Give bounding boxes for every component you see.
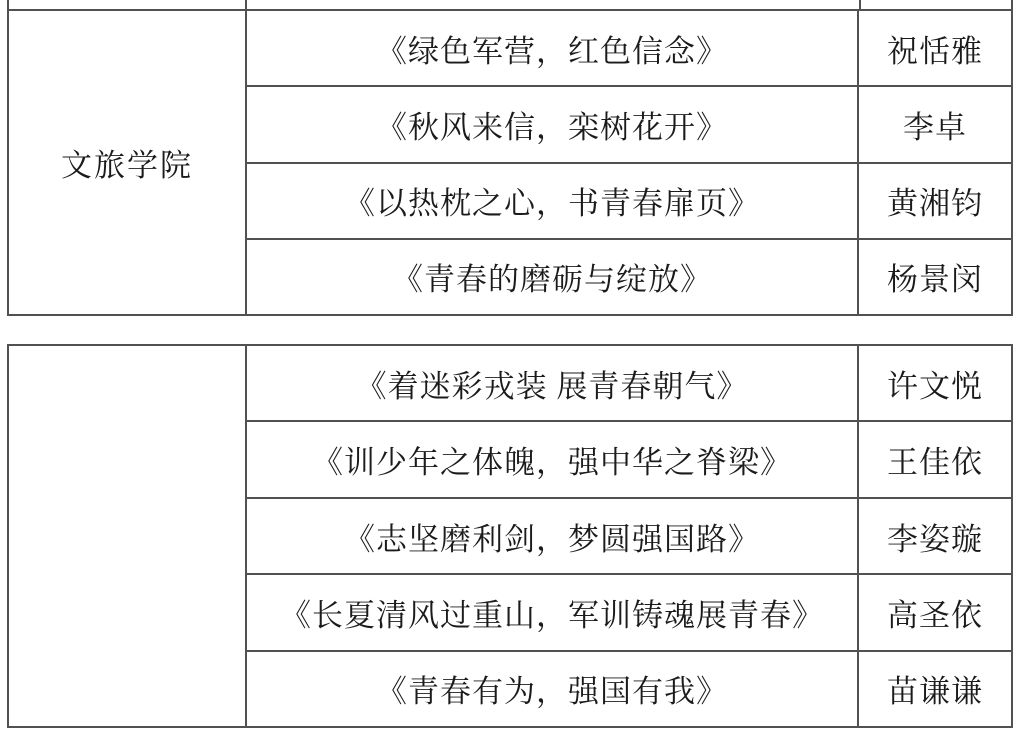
author-cell: 王佳依 <box>857 422 1011 496</box>
table-row: 《绿色军营，红色信念》 祝恬雅 <box>247 11 1011 87</box>
table-section-1: 文旅学院 《绿色军营，红色信念》 祝恬雅 《秋风来信，栾树花开》 李卓 《以热枕… <box>7 9 1013 316</box>
title-cell: 《长夏清风过重山，军训铸魂展青春》 <box>247 575 857 649</box>
grid-line <box>859 0 861 9</box>
table-row: 《训少年之体魄，强中华之脊梁》 王佳依 <box>247 422 1011 498</box>
title-cell: 《绿色军营，红色信念》 <box>247 11 857 85</box>
table-row: 《青春有为，强国有我》 苗谦谦 <box>247 652 1011 726</box>
grid-line <box>245 0 247 9</box>
author-cell: 李卓 <box>857 87 1011 161</box>
college-cell: 文旅学院 <box>9 11 247 314</box>
table-row: 《青春的磨砺与绽放》 杨景闵 <box>247 240 1011 314</box>
table-row: 《着迷彩戎装 展青春朝气》 许文悦 <box>247 346 1011 422</box>
author-cell: 杨景闵 <box>857 240 1011 314</box>
author-cell: 许文悦 <box>857 346 1011 420</box>
author-cell: 李姿璇 <box>857 499 1011 573</box>
college-cell <box>9 346 247 726</box>
table-rows: 《绿色军营，红色信念》 祝恬雅 《秋风来信，栾树花开》 李卓 《以热枕之心，书青… <box>247 11 1011 314</box>
title-cell: 《着迷彩戎装 展青春朝气》 <box>247 346 857 420</box>
title-cell: 《秋风来信，栾树花开》 <box>247 87 857 161</box>
table-row: 《秋风来信，栾树花开》 李卓 <box>247 87 1011 163</box>
table-row: 《长夏清风过重山，军训铸魂展青春》 高圣依 <box>247 575 1011 651</box>
table-section-2: 《着迷彩戎装 展青春朝气》 许文悦 《训少年之体魄，强中华之脊梁》 王佳依 《志… <box>7 344 1013 728</box>
author-cell: 祝恬雅 <box>857 11 1011 85</box>
author-cell: 黄湘钧 <box>857 164 1011 238</box>
table-row: 《志坚磨利剑，梦圆强国路》 李姿璇 <box>247 499 1011 575</box>
title-cell: 《志坚磨利剑，梦圆强国路》 <box>247 499 857 573</box>
document-page: 文旅学院 《绿色军营，红色信念》 祝恬雅 《秋风来信，栾树花开》 李卓 《以热枕… <box>0 0 1024 745</box>
author-cell: 高圣依 <box>857 575 1011 649</box>
title-cell: 《青春的磨砺与绽放》 <box>247 240 857 314</box>
title-cell: 《青春有为，强国有我》 <box>247 652 857 726</box>
title-cell: 《以热枕之心，书青春扉页》 <box>247 164 857 238</box>
table-row: 《以热枕之心，书青春扉页》 黄湘钧 <box>247 164 1011 240</box>
author-cell: 苗谦谦 <box>857 652 1011 726</box>
title-cell: 《训少年之体魄，强中华之脊梁》 <box>247 422 857 496</box>
table-rows: 《着迷彩戎装 展青春朝气》 许文悦 《训少年之体魄，强中华之脊梁》 王佳依 《志… <box>247 346 1011 726</box>
partial-row-top <box>7 0 1013 9</box>
